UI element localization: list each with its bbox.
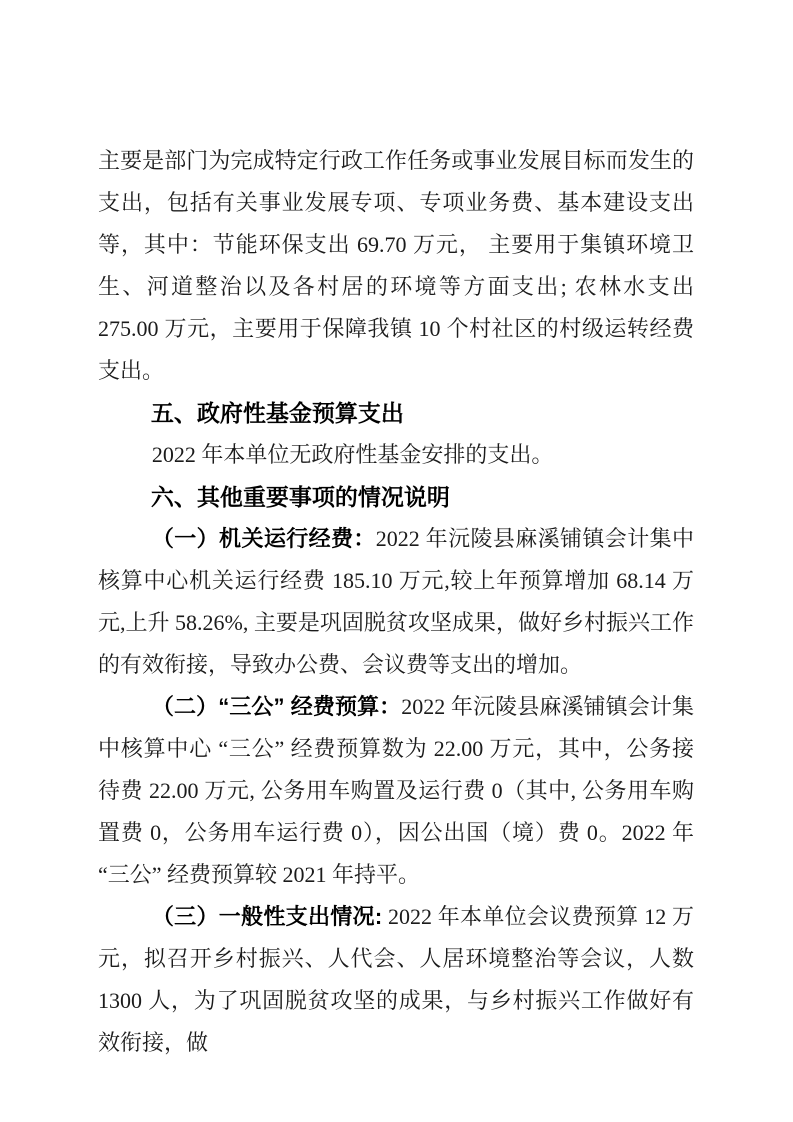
paragraph-label: （一）机关运行经费：: [152, 526, 376, 551]
body-paragraph: （三）一般性支出情况: 2022 年本单位会议费预算 12 万元，拟召开乡村振兴…: [98, 896, 694, 1064]
section-heading: 六、其他重要事项的情况说明: [98, 476, 694, 518]
paragraph-text: 2022 年本单位无政府性基金安排的支出。: [152, 442, 554, 467]
body-paragraph: （一）机关运行经费：2022 年沅陵县麻溪铺镇会计集中核算中心机关运行经费 18…: [98, 518, 694, 686]
body-paragraph: （二）“三公” 经费预算：2022 年沅陵县麻溪铺镇会计集中核算中心 “三公” …: [98, 686, 694, 896]
paragraph-text: 主要是部门为完成特定行政工作任务或事业发展目标而发生的支出，包括有关事业发展专项…: [98, 148, 694, 383]
section-heading: 五、政府性基金预算支出: [98, 392, 694, 434]
document-content: 主要是部门为完成特定行政工作任务或事业发展目标而发生的支出，包括有关事业发展专项…: [98, 140, 694, 1064]
body-paragraph: 2022 年本单位无政府性基金安排的支出。: [98, 434, 694, 476]
paragraph-label: （二）“三公” 经费预算：: [152, 694, 401, 719]
paragraph-label: （三）一般性支出情况:: [152, 904, 382, 929]
paragraph-text: 2022 年沅陵县麻溪铺镇会计集中核算中心 “三公” 经费预算数为 22.00 …: [98, 694, 694, 887]
document-page: 主要是部门为完成特定行政工作任务或事业发展目标而发生的支出，包括有关事业发展专项…: [0, 0, 793, 1122]
body-paragraph: 主要是部门为完成特定行政工作任务或事业发展目标而发生的支出，包括有关事业发展专项…: [98, 140, 694, 392]
